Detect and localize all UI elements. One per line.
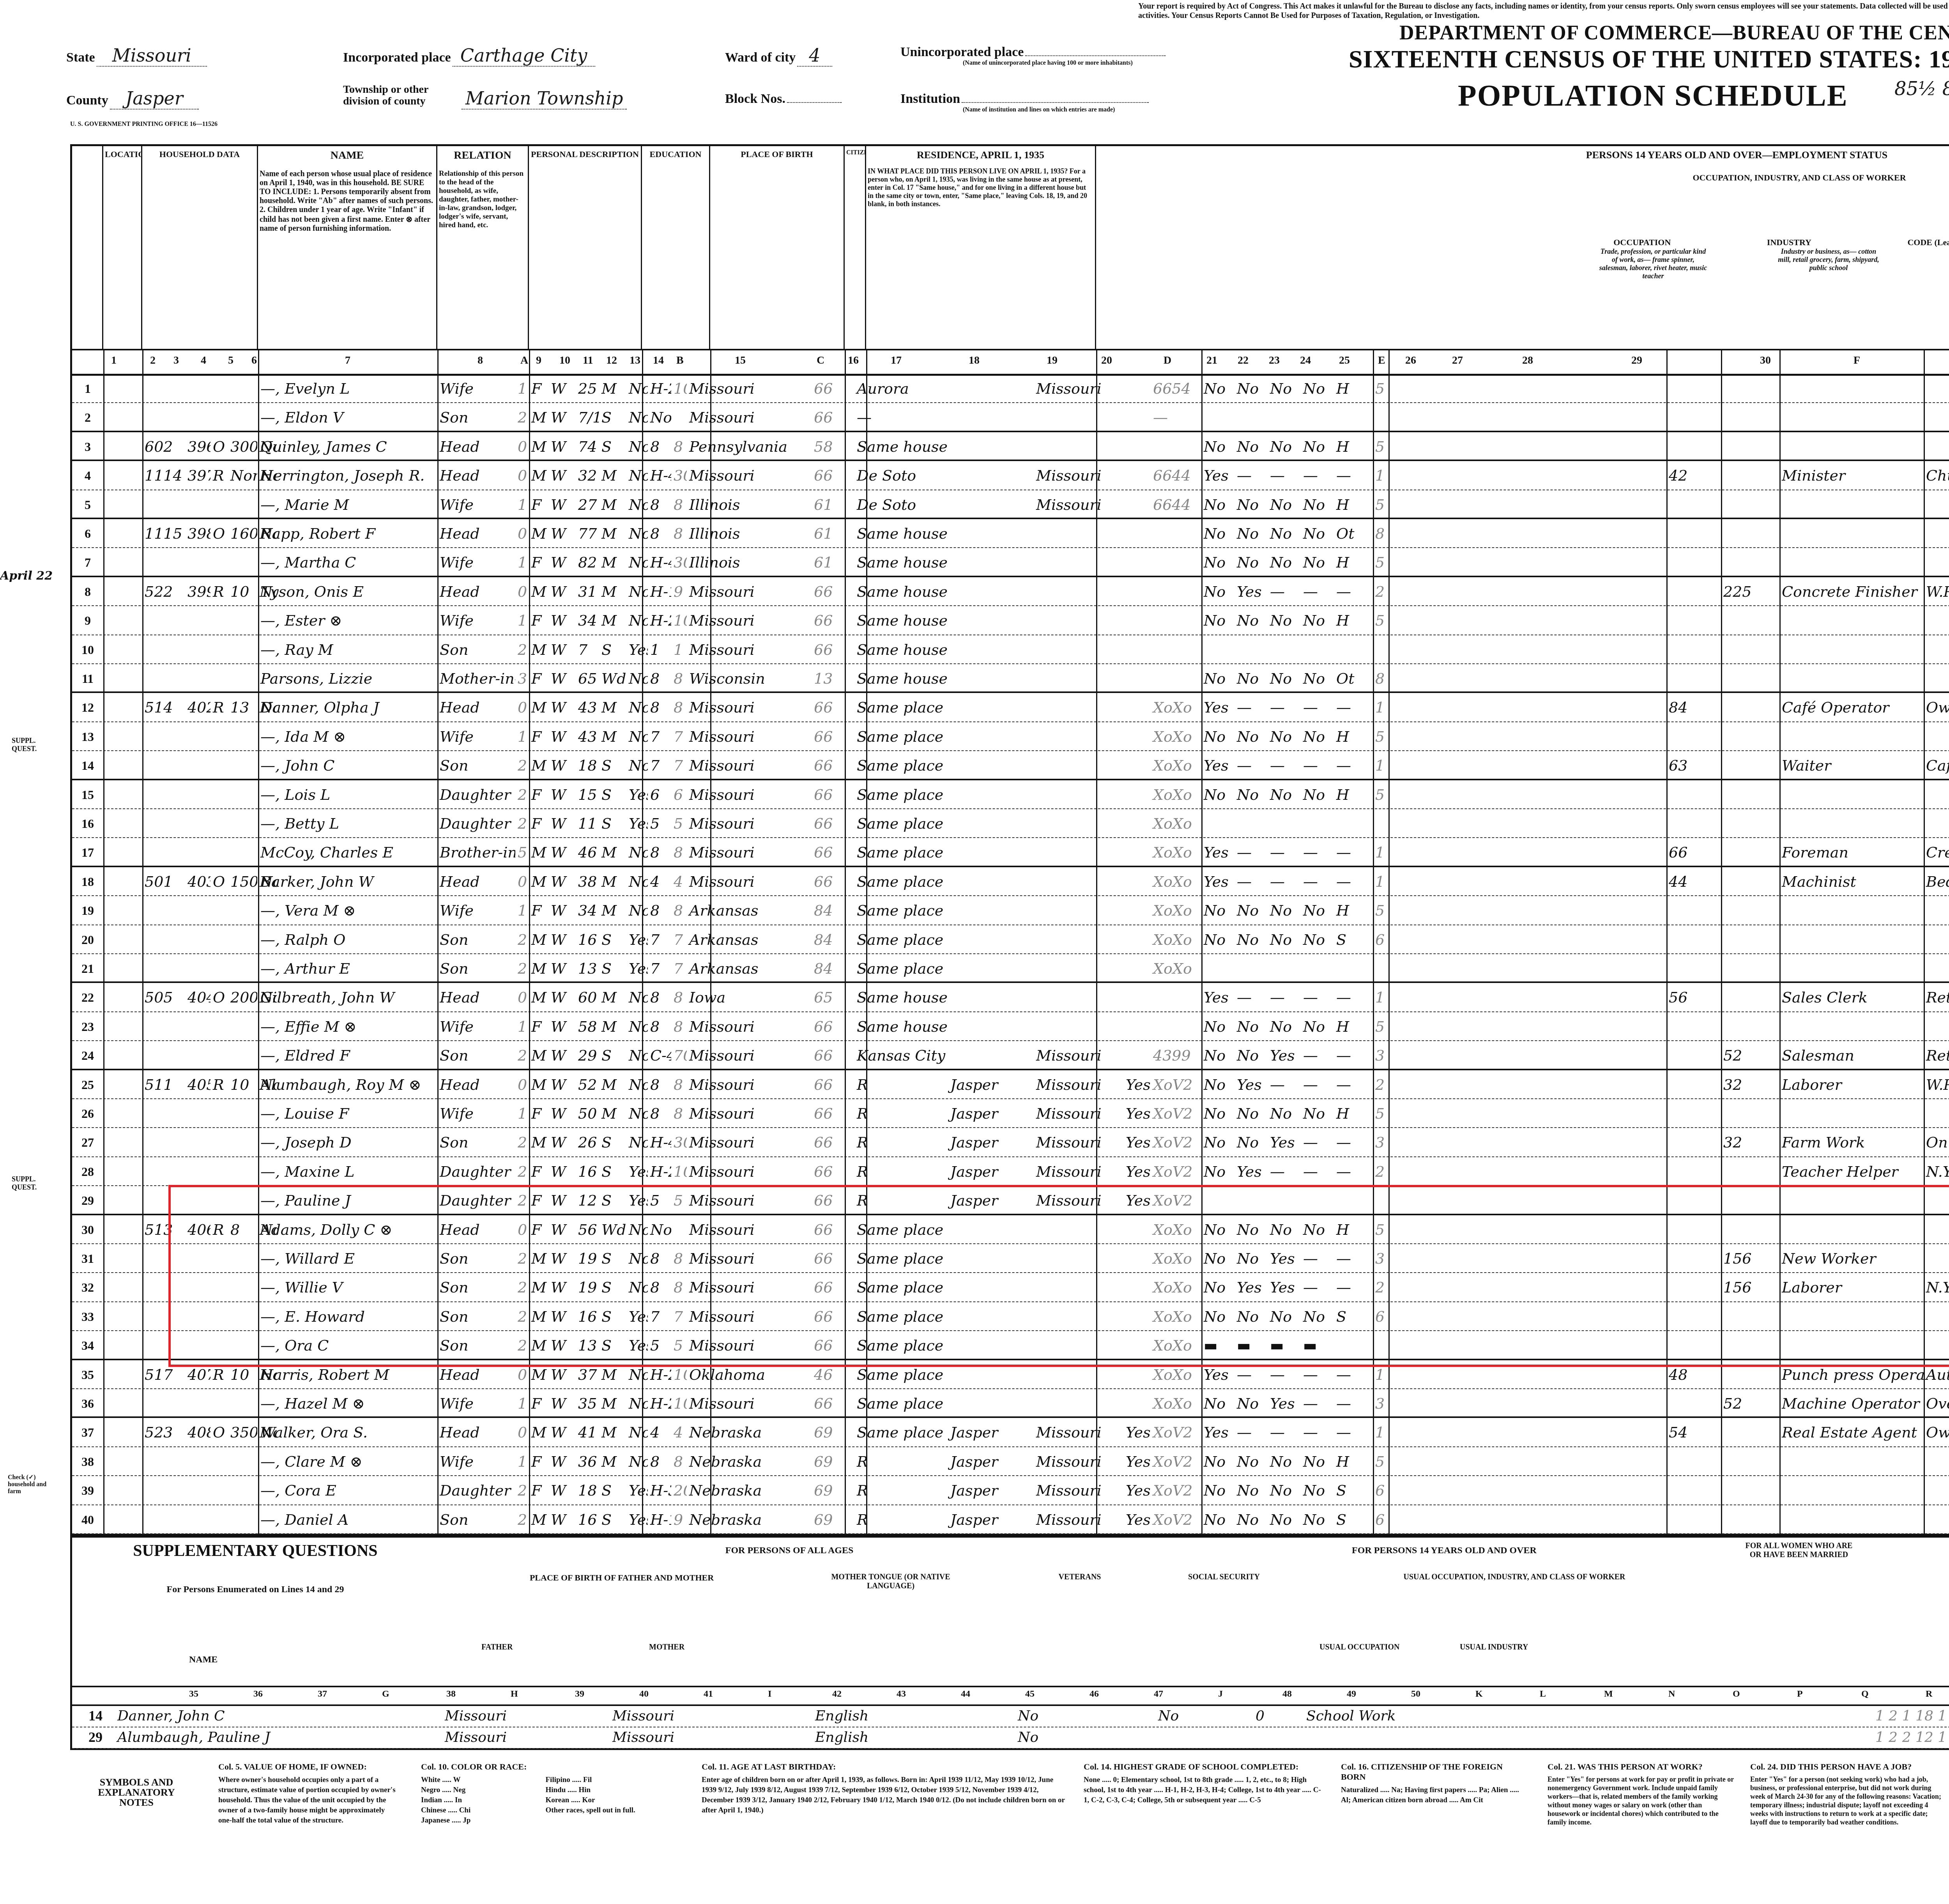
cell-codeA: 2 <box>515 1041 529 1068</box>
cell-visit <box>185 925 210 953</box>
cell-school: No <box>626 1041 648 1068</box>
cell-codeE: 1 <box>1373 693 1388 721</box>
cell-c22: No <box>1234 374 1268 402</box>
race-code-item: Hindu ..... Hin <box>546 1785 663 1795</box>
cell-res-state <box>1034 809 1123 837</box>
cell-rel: Head <box>437 519 515 547</box>
cell-farm35 <box>1123 1244 1151 1272</box>
cell-value <box>228 490 257 518</box>
cell-birth: Wisconsin <box>687 664 812 691</box>
cell-c23: No <box>1268 1505 1301 1533</box>
cell-mar: M <box>599 867 626 895</box>
cell-grade: H-4 <box>648 548 671 575</box>
cell-visit <box>185 490 210 518</box>
cell-age: 29 <box>576 1041 599 1068</box>
cell-c26 <box>1666 1389 1721 1416</box>
cell-occ: Real Estate Agent <box>1779 1418 1924 1446</box>
cell-value <box>228 780 257 808</box>
cell-ind: N.Y.A. Highway Work <box>1924 1273 1949 1301</box>
industry-example: Industry or business, as— cotton mill, r… <box>1774 248 1883 280</box>
check-note: Check (✓) household and farm <box>8 1473 55 1495</box>
column-divider <box>845 349 846 1534</box>
col14-title: Col. 14. HIGHEST GRADE OF SCHOOL COMPLET… <box>1084 1762 1325 1772</box>
supp-cell-office: 1 2 2 12 1 5 2 <box>1873 1727 1949 1748</box>
cell-c23: No <box>1268 519 1301 547</box>
cell-c27 <box>1721 1447 1779 1475</box>
cell-codeA: 0 <box>515 693 529 721</box>
cell-c22: No <box>1234 1476 1268 1504</box>
cell-c26 <box>1666 925 1721 953</box>
cell-sex: F <box>529 1012 548 1040</box>
column-number: 21 <box>1206 354 1217 367</box>
cell-school: No <box>626 751 648 778</box>
cell-c25: H <box>1334 780 1373 808</box>
cell-codeD <box>1151 983 1201 1011</box>
township-field: Township or other division of county Mar… <box>343 84 694 109</box>
cell-grade: 4 <box>648 1418 671 1446</box>
column-number: 13 <box>630 354 640 367</box>
cell-sex: F <box>529 1447 548 1475</box>
cell-occ: Machinist <box>1779 867 1924 895</box>
cell-c22: Yes <box>1234 1070 1268 1098</box>
cell-school: No <box>626 1128 648 1156</box>
cell-value <box>228 1273 257 1301</box>
industry-header: INDUSTRY <box>1767 237 1811 248</box>
cell-c27 <box>1721 490 1779 518</box>
cell-codeE <box>1373 954 1388 981</box>
cell-c26 <box>1666 374 1721 402</box>
cell-c26 <box>1666 954 1721 981</box>
cell-c22: — <box>1234 983 1268 1011</box>
cell-res-state <box>1034 432 1123 460</box>
cell-farm35 <box>1123 461 1151 489</box>
cell-sex: F <box>529 1099 548 1127</box>
cell-rel: Daughter <box>437 780 515 808</box>
cell-rel: Son <box>437 954 515 981</box>
cell-c25: — <box>1334 461 1373 489</box>
cell-visit: 407 <box>185 1360 210 1388</box>
cell-house <box>142 925 185 953</box>
col10-title: Col. 10. COLOR OR RACE: <box>421 1762 663 1772</box>
cell-res-city: Same house <box>854 983 948 1011</box>
cell-c25: S <box>1334 1505 1373 1533</box>
cell-occ <box>1779 1447 1924 1475</box>
cell-occ <box>1779 925 1924 953</box>
cell-grade: None <box>648 403 671 430</box>
cell-name: —, John C <box>258 751 437 778</box>
cell-c25: H <box>1334 548 1373 575</box>
group-relation: RELATION Relationship of this person to … <box>437 146 529 349</box>
supp-column-number: 35 <box>189 1689 198 1699</box>
cell-c24: No <box>1301 1099 1334 1127</box>
cell-c23: No <box>1268 606 1301 634</box>
cell-grade: 8 <box>648 1012 671 1040</box>
cell-codeE: 1 <box>1373 461 1388 489</box>
cell-rel: Son <box>437 1331 515 1358</box>
cell-codeA: 0 <box>515 1360 529 1388</box>
institution-field: Institution (Name of institution and lin… <box>900 92 1149 113</box>
cell-codeC: 66 <box>812 722 835 750</box>
cell-codeD: XoXo <box>1151 693 1201 721</box>
cell-own <box>210 780 228 808</box>
cell-c25: Ot <box>1334 664 1373 691</box>
cell-mar: M <box>599 1360 626 1388</box>
cell-c24: No <box>1301 490 1334 518</box>
race-code-item: Filipino ..... Fil <box>546 1775 663 1785</box>
cell-occ <box>1779 490 1924 518</box>
supp-header-usual-occupation: USUAL OCCUPATION <box>1319 1643 1399 1652</box>
cell-codeE: 5 <box>1373 374 1388 402</box>
cell-codeE <box>1373 635 1388 663</box>
cell-school: No <box>626 838 648 865</box>
cell-sex: F <box>529 809 548 837</box>
cell-c21: No <box>1201 780 1234 808</box>
cell-codeD: XoXo <box>1151 867 1201 895</box>
col5-text: Where owner's household occupies only a … <box>218 1775 398 1826</box>
cell-grade: 8 <box>648 1244 671 1272</box>
cell-line: 14 <box>72 751 103 778</box>
cell-age: 52 <box>576 1070 599 1098</box>
cell-birth: Missouri <box>687 1389 812 1416</box>
col5-note: Col. 5. VALUE OF HOME, IF OWNED: Where o… <box>218 1762 398 1826</box>
cell-rel: Wife <box>437 722 515 750</box>
cell-c25: — <box>1334 1070 1373 1098</box>
cell-res-city: R <box>854 1157 948 1185</box>
cell-codeD: XoV2 <box>1151 1128 1201 1156</box>
cell-age: 31 <box>576 577 599 605</box>
cell-own: R <box>210 1215 228 1243</box>
column-number: 7 <box>345 354 350 367</box>
cell-c21: No <box>1201 519 1234 547</box>
township-label: Township or other division of county <box>343 84 460 107</box>
cell-c25 <box>1334 1331 1373 1358</box>
cell-c27: 156 <box>1721 1244 1779 1272</box>
cell-codeC: 69 <box>812 1476 835 1504</box>
cell-occ <box>1779 403 1924 430</box>
cell-codeB: 8 <box>671 432 687 460</box>
cell-codeB: 5 <box>671 1331 687 1358</box>
cell-mar: S <box>599 1157 626 1185</box>
cell-res-state <box>1034 722 1123 750</box>
cell-birth: Missouri <box>687 635 812 663</box>
cell-res-state <box>1034 983 1123 1011</box>
cell-c26 <box>1666 1070 1721 1098</box>
cell-line: 22 <box>72 983 103 1011</box>
cell-line: 9 <box>72 606 103 634</box>
cell-codeC: 66 <box>812 867 835 895</box>
cell-own <box>210 1331 228 1358</box>
cell-race: W <box>548 1418 576 1446</box>
cell-c26 <box>1666 1041 1721 1068</box>
cell-c22 <box>1234 809 1268 837</box>
cell-codeE: 6 <box>1373 1476 1388 1504</box>
cell-res-city: Same place <box>854 1418 948 1446</box>
cell-grade: 8 <box>648 896 671 924</box>
column-divider <box>866 349 867 1534</box>
cell-res-city: Same house <box>854 664 948 691</box>
supp-cell-ss <box>1156 1727 1195 1748</box>
cell-age: 82 <box>576 548 599 575</box>
cell-c24: No <box>1301 374 1334 402</box>
cell-codeC: 84 <box>812 925 835 953</box>
cell-school: No <box>626 548 648 575</box>
cell-age: 36 <box>576 1447 599 1475</box>
supp-cell-vet: No <box>1015 1705 1054 1727</box>
cell-line: 4 <box>72 461 103 489</box>
relation-instructions: Relationship of this person to the head … <box>439 170 526 230</box>
cell-occ: Minister <box>1779 461 1924 489</box>
cell-visit <box>185 606 210 634</box>
cell-farm35 <box>1123 838 1151 865</box>
cell-c27 <box>1721 896 1779 924</box>
cell-codeC: 66 <box>812 606 835 634</box>
cell-sex: F <box>529 780 548 808</box>
unincorporated-label: Unincorporated place <box>900 45 1024 59</box>
group-birth-label: PLACE OF BIRTH <box>741 149 813 159</box>
cell-race: W <box>548 722 576 750</box>
col11-text: Enter age of children born on or after A… <box>702 1775 1068 1816</box>
cell-value: 10 <box>228 577 257 605</box>
cell-ind <box>1924 374 1949 402</box>
cell-codeC: 69 <box>812 1418 835 1446</box>
block-value <box>787 102 842 103</box>
cell-c25: — <box>1334 838 1373 865</box>
cell-c23: No <box>1268 664 1301 691</box>
population-schedule-table: LOCATION HOUSEHOLD DATA NAME Name of eac… <box>70 144 1949 1536</box>
race-code-item: Negro ..... Neg <box>421 1785 538 1795</box>
cell-codeE: 3 <box>1373 1128 1388 1156</box>
cell-codeD: XoV2 <box>1151 1186 1201 1213</box>
cell-farm35 <box>1123 925 1151 953</box>
cell-res-city: R <box>854 1505 948 1533</box>
supp-cell-ss-deduct <box>1253 1727 1284 1748</box>
cell-occ: Laborer <box>1779 1070 1924 1098</box>
cell-c27 <box>1721 1157 1779 1185</box>
race-code-item: Indian ..... In <box>421 1795 538 1805</box>
cell-name: Tyson, Onis E <box>258 577 437 605</box>
cell-c23 <box>1268 1186 1301 1213</box>
cell-race: W <box>548 548 576 575</box>
cell-grade: 1 <box>648 635 671 663</box>
cell-occ: Teacher Helper <box>1779 1157 1924 1185</box>
cell-c23: — <box>1268 461 1301 489</box>
cell-res-state <box>1034 1215 1123 1243</box>
cell-c26 <box>1666 1244 1721 1272</box>
cell-c27: 32 <box>1721 1070 1779 1098</box>
cell-occ <box>1779 1302 1924 1330</box>
cell-c22: No <box>1234 1012 1268 1040</box>
cell-line: 29 <box>72 1186 103 1213</box>
cell-codeE <box>1373 809 1388 837</box>
cell-house <box>142 635 185 663</box>
cell-name: Parsons, Lizzie <box>258 664 437 691</box>
column-divider <box>103 349 104 1534</box>
cell-visit <box>185 403 210 430</box>
cell-line: 8 <box>72 577 103 605</box>
column-number: 12 <box>606 354 617 367</box>
cell-res-state: Missouri <box>1034 1041 1123 1068</box>
cell-ind <box>1924 490 1949 518</box>
cell-visit <box>185 780 210 808</box>
cell-res-state <box>1034 519 1123 547</box>
cell-res-city: R <box>854 1447 948 1475</box>
col24-note: Col. 24. DID THIS PERSON HAVE A JOB? Ent… <box>1750 1762 1945 1826</box>
cell-occ <box>1779 432 1924 460</box>
cell-mar: M <box>599 519 626 547</box>
cell-c23: No <box>1268 780 1301 808</box>
cell-school: No <box>626 374 648 402</box>
cell-grade: 5 <box>648 809 671 837</box>
cell-race: W <box>548 1505 576 1533</box>
cell-c23: — <box>1268 1418 1301 1446</box>
cell-res-city: Same place <box>854 751 948 778</box>
cell-codeD: XoV2 <box>1151 1070 1201 1098</box>
cell-codeC: 13 <box>812 664 835 691</box>
cell-mar: M <box>599 461 626 489</box>
cell-sex: M <box>529 403 548 430</box>
cell-sex: M <box>529 1273 548 1301</box>
cell-codeB: 10 <box>671 1157 687 1185</box>
code-header: CODE (Leave blank) <box>1907 237 1949 248</box>
cell-c24: — <box>1301 577 1334 605</box>
cell-birth: Missouri <box>687 1099 812 1127</box>
cell-own: R <box>210 1360 228 1388</box>
cell-c26 <box>1666 1302 1721 1330</box>
incorporated-place-field: Incorporated place Carthage City <box>343 45 595 66</box>
cell-ind <box>1924 1215 1949 1243</box>
cell-value: None <box>228 461 257 489</box>
symbols-title: SYMBOLS AND EXPLANATORY NOTES <box>94 1777 179 1808</box>
cell-rel: Son <box>437 1302 515 1330</box>
cell-value <box>228 1128 257 1156</box>
cell-value: 2000 <box>228 983 257 1011</box>
cell-grade: H-2 <box>648 1360 671 1388</box>
column-number: 20 <box>1101 354 1112 367</box>
cell-school: Yes <box>626 1302 648 1330</box>
cell-age: 26 <box>576 1128 599 1156</box>
cell-ind <box>1924 1505 1949 1533</box>
cell-farm35 <box>1123 983 1151 1011</box>
cell-ind <box>1924 722 1949 750</box>
supp-all-ages: FOR PERSONS OF ALL AGES <box>439 1545 1140 1556</box>
cell-c27 <box>1721 983 1779 1011</box>
cell-c25: — <box>1334 867 1373 895</box>
cell-house <box>142 664 185 691</box>
cell-farm35 <box>1123 809 1151 837</box>
cell-name: —, Maxine L <box>258 1157 437 1185</box>
cell-grade: H-3 <box>648 1476 671 1504</box>
cell-res-county <box>948 896 1034 924</box>
cell-ind <box>1924 635 1949 663</box>
cell-birth: Missouri <box>687 1012 812 1040</box>
cell-codeB: 10 <box>671 374 687 402</box>
col16-note: Col. 16. CITIZENSHIP OF THE FOREIGN BORN… <box>1341 1762 1528 1805</box>
cell-codeA: 0 <box>515 1215 529 1243</box>
supp-column-number: 44 <box>961 1689 970 1699</box>
cell-name: —, Ester ⊗ <box>258 606 437 634</box>
supp-cell-usual-occ <box>1304 1727 1444 1748</box>
cell-age: 37 <box>576 1360 599 1388</box>
cell-c24: — <box>1301 461 1334 489</box>
cell-codeD: XoXo <box>1151 1244 1201 1272</box>
cell-codeD: XoXo <box>1151 925 1201 953</box>
cell-school: No <box>626 1447 648 1475</box>
cell-c26 <box>1666 1157 1721 1185</box>
cell-own <box>210 896 228 924</box>
cell-res-county <box>948 925 1034 953</box>
cell-sex: M <box>529 925 548 953</box>
group-citizenship-label: CITIZENSHIP <box>846 149 866 156</box>
cell-rel: Head <box>437 693 515 721</box>
cell-grade: 8 <box>648 1070 671 1098</box>
cell-codeC: 66 <box>812 1128 835 1156</box>
cell-name: Walker, Ora S. <box>258 1418 437 1446</box>
cell-codeD: — <box>1151 403 1201 430</box>
column-divider <box>437 349 439 1534</box>
cell-race: W <box>548 693 576 721</box>
cell-house <box>142 1186 185 1213</box>
cell-codeE: 3 <box>1373 1389 1388 1416</box>
column-divider <box>529 349 530 1534</box>
cell-age: 16 <box>576 925 599 953</box>
cell-value: 1600 <box>228 519 257 547</box>
cell-c24: — <box>1301 1244 1334 1272</box>
cell-c22: — <box>1234 461 1268 489</box>
cell-farm35 <box>1123 896 1151 924</box>
cell-school: Yes <box>626 780 648 808</box>
cell-grade: H-4 <box>648 461 671 489</box>
cell-c26: 66 <box>1666 838 1721 865</box>
supp-column-number: 45 <box>1025 1689 1035 1699</box>
cell-mar: S <box>599 954 626 981</box>
cell-res-county <box>948 635 1034 663</box>
cell-c27 <box>1721 461 1779 489</box>
cell-own: O <box>210 432 228 460</box>
cell-c23: — <box>1268 751 1301 778</box>
cell-sex: M <box>529 461 548 489</box>
cell-c21: No <box>1201 1273 1234 1301</box>
cell-c27 <box>1721 1505 1779 1533</box>
cell-codeC: 66 <box>812 1041 835 1068</box>
cell-race: W <box>548 1215 576 1243</box>
cell-res-county <box>948 1331 1034 1358</box>
cell-sex: F <box>529 1389 548 1416</box>
cell-res-state <box>1034 838 1123 865</box>
cell-farm35 <box>1123 635 1151 663</box>
cell-codeC: 66 <box>812 1157 835 1185</box>
cell-line: 27 <box>72 1128 103 1156</box>
cell-codeA: 1 <box>515 1012 529 1040</box>
supp-header-social-security: SOCIAL SECURITY <box>1156 1573 1292 1582</box>
cell-res-city: Same house <box>854 1012 948 1040</box>
supp-cell-tongue: English <box>813 1705 961 1727</box>
cell-visit <box>185 1128 210 1156</box>
cell-c26 <box>1666 780 1721 808</box>
cell-c23: ▬ <box>1268 1331 1301 1358</box>
cell-res-city: Same place <box>854 1273 948 1301</box>
cell-farm35: Yes <box>1123 1099 1151 1127</box>
column-number: 29 <box>1631 354 1642 367</box>
cell-school: No <box>626 1012 648 1040</box>
cell-codeE: 5 <box>1373 490 1388 518</box>
cell-own <box>210 548 228 575</box>
cell-codeC: 66 <box>812 693 835 721</box>
cell-res-county: Jasper <box>948 1128 1034 1156</box>
cell-mar: M <box>599 983 626 1011</box>
cell-c24 <box>1301 809 1334 837</box>
cell-c27 <box>1721 664 1779 691</box>
cell-value <box>228 925 257 953</box>
